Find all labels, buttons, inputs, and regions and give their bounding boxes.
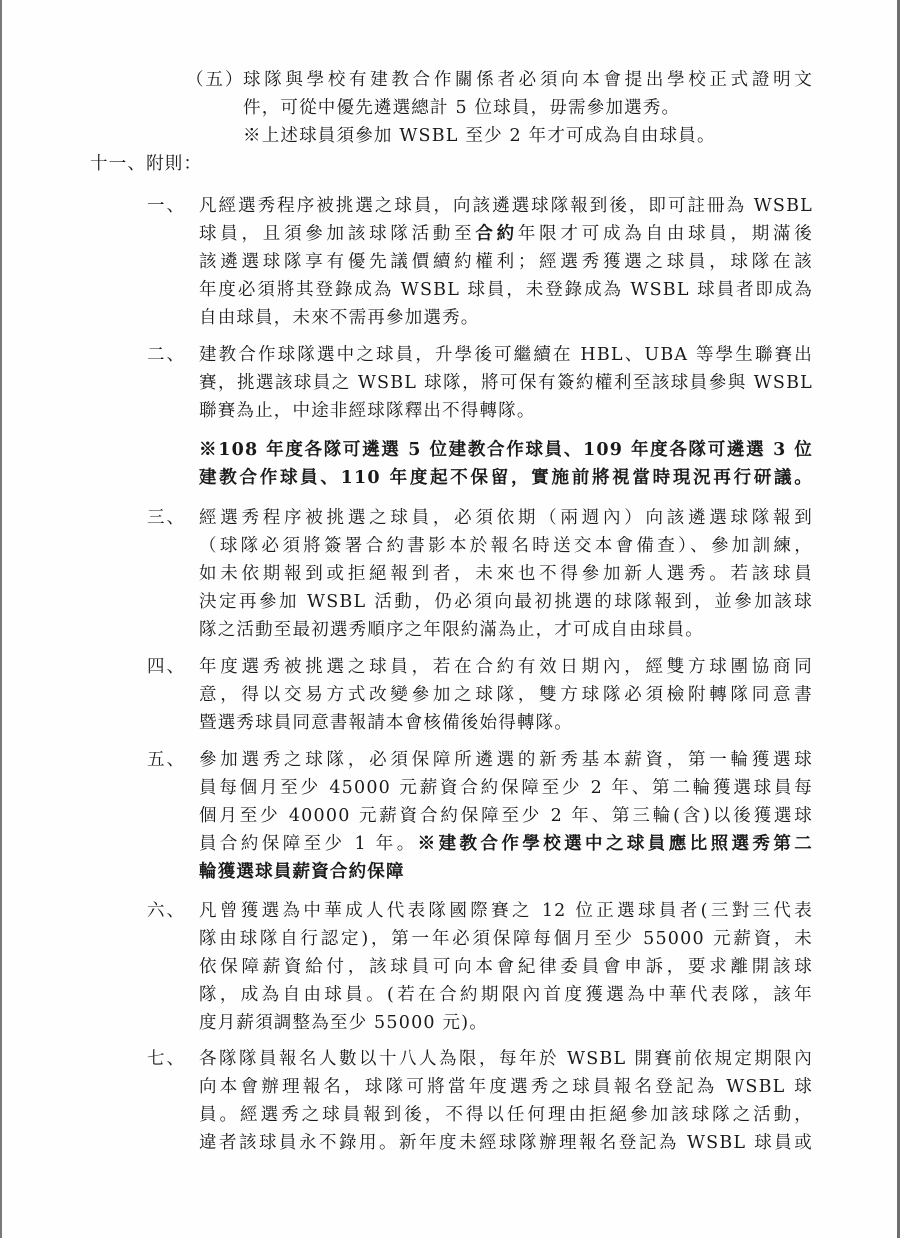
article-2-note-line-1: ※108 年度各隊可遴選 5 位建教合作球員、109 年度各隊可遴選 3 位 xyxy=(199,436,813,464)
article-3-line-4: 決定再參加 WSBL 活動，仍必須向最初挑選的球隊報到，並參加該球 xyxy=(199,588,813,616)
article-marker-6: 六、 xyxy=(147,897,186,925)
article-6-line-2: 隊由球隊自行認定)，第一年必須保障每個月至少 55000 元薪資，未 xyxy=(199,925,813,953)
article-5-line-3: 個月至少 40000 元薪資合約保障至少 2 年、第三輪(含)以後獲選球 xyxy=(199,802,813,830)
article-3-line-2: （球隊必須將簽署合約書影本於報名時送交本會備查）、參加訓練， xyxy=(199,532,813,560)
sub-item-5-line-2: 件，可從中優先遴選總計 5 位球員，毋需參加選秀。 xyxy=(243,94,680,122)
article-4-line-1: 年度選秀被挑選之球員，若在合約有效日期內，經雙方球團協商同 xyxy=(199,653,813,681)
article-7-line-4: 違者該球員永不錄用。新年度未經球隊辦理報名登記為 WSBL 球員或 xyxy=(199,1129,813,1157)
article-6-line-5: 度月薪須調整為至少 55000 元)。 xyxy=(199,1009,488,1037)
sub-item-5-line-1: 球隊與學校有建教合作關係者必須向本會提出學校正式證明文 xyxy=(243,66,813,94)
article-1-line-3: 該遴選球隊享有優先議價續約權利；經選秀獲選之球員，球隊在該 xyxy=(199,248,813,276)
article-1-bold-term: 合約 xyxy=(475,224,518,244)
article-marker-7: 七、 xyxy=(147,1045,186,1073)
article-7-line-3: 員。經選秀之球員報到後，不得以任何理由拒絕參加該球隊之活動， xyxy=(199,1101,813,1129)
article-7-line-1: 各隊隊員報名人數以十八人為限，每年於 WSBL 開賽前依規定期限內 xyxy=(199,1045,813,1073)
article-7-line-2: 向本會辦理報名，球隊可將當年度選秀之球員報名登記為 WSBL 球 xyxy=(199,1073,813,1101)
article-marker-2: 二、 xyxy=(147,341,186,369)
sub-item-marker-5: （五） xyxy=(186,66,245,94)
article-2-line-1: 建教合作球隊選中之球員，升學後可繼續在 HBL、UBA 等學生聯賽出 xyxy=(199,341,813,369)
article-1-line-2-before: 球員，且須參加該球隊活動至 xyxy=(199,224,475,244)
article-1-line-4: 年度必須將其登錄成為 WSBL 球員，未登錄成為 WSBL 球員者即成為 xyxy=(199,276,813,304)
article-5-line-1: 參加選秀之球隊，必須保障所遴選的新秀基本薪資，第一輪獲選球 xyxy=(199,746,813,774)
article-1-line-1: 凡經選秀程序被挑選之球員，向該遴選球隊報到後，即可註冊為 WSBL xyxy=(199,192,813,220)
article-4-line-3: 暨選秀球員同意書報請本會核備後始得轉隊。 xyxy=(199,709,573,737)
article-1-line-2: 球員，且須參加該球隊活動至合約年限才可成為自由球員，期滿後 xyxy=(199,220,813,248)
article-3-line-1: 經選秀程序被挑選之球員，必須依期（兩週內）向該遴選球隊報到 xyxy=(199,504,813,532)
sub-item-5-note: ※上述球員須參加 WSBL 至少 2 年才可成為自由球員。 xyxy=(243,122,716,150)
article-3-line-3: 如未依期報到或拒絕報到者，未來也不得參加新人選秀。若該球員 xyxy=(199,560,813,588)
article-2-line-3: 聯賽為止，中途非經球隊釋出不得轉隊。 xyxy=(199,397,536,425)
article-marker-5: 五、 xyxy=(147,746,186,774)
article-marker-4: 四、 xyxy=(147,653,186,681)
section-heading-11: 十一、附則： xyxy=(90,150,202,178)
article-1-line-2-after: 年限才可成為自由球員，期滿後 xyxy=(518,224,813,244)
article-5-line-2: 員每個月至少 45000 元薪資合約保障至少 2 年、第二輪獲選球員每 xyxy=(199,774,813,802)
article-4-line-2: 意，得以交易方式改變參加之球隊，雙方球隊必須檢附轉隊同意書 xyxy=(199,681,813,709)
article-1-line-5: 自由球員，未來不需再參加選秀。 xyxy=(199,304,480,332)
article-2-note-line-2: 建教合作球員、110 年度起不保留，實施前將視當時現況再行研議。 xyxy=(199,464,813,492)
article-5-line-4: 員合約保障至少 1 年。※建教合作學校選中之球員應比照選秀第二 xyxy=(199,830,813,858)
article-3-line-5: 隊之活動至最初選秀順序之年限約滿為止，才可成自由球員。 xyxy=(199,616,704,644)
article-6-line-1: 凡曾獲選為中華成人代表隊國際賽之 12 位正選球員者(三對三代表 xyxy=(199,897,813,925)
article-5-line-4-bold-note: ※建教合作學校選中之球員應比照選秀第二 xyxy=(418,834,813,854)
article-6-line-3: 依保障薪資給付，該球員可向本會紀律委員會申訴，要求離開該球 xyxy=(199,953,813,981)
article-5-line-4-normal: 員合約保障至少 1 年。 xyxy=(199,834,418,854)
article-marker-1: 一、 xyxy=(147,192,186,220)
article-5-line-5-bold: 輪獲選球員薪資合約保障 xyxy=(199,858,405,886)
article-marker-3: 三、 xyxy=(147,504,186,532)
article-2-line-2: 賽，挑選該球員之 WSBL 球隊，將可保有簽約權利至該球員參與 WSBL xyxy=(199,369,813,397)
document-page: （五） 球隊與學校有建教合作關係者必須向本會提出學校正式證明文 件，可從中優先遴… xyxy=(0,0,900,1238)
article-6-line-4: 隊，成為自由球員。(若在合約期限內首度獲選為中華代表隊，該年 xyxy=(199,981,813,1009)
